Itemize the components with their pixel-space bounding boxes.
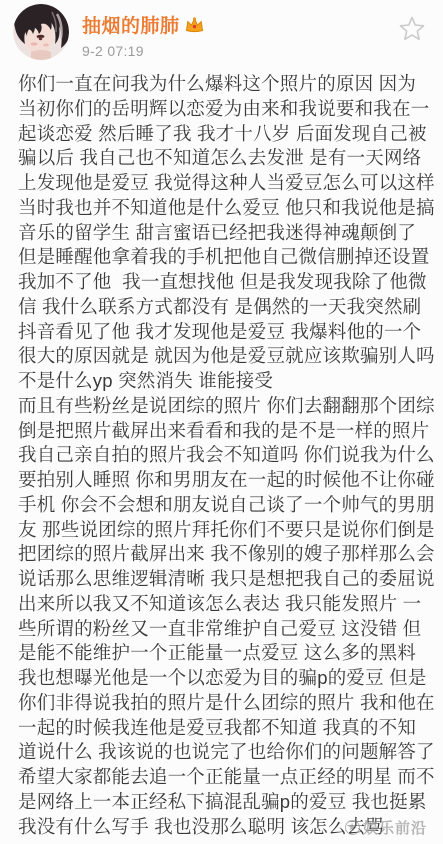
- avatar-image: [13, 4, 69, 60]
- post-line: 骗以后 我自己也不知道怎么去发泄 是有一天网络: [18, 146, 425, 171]
- star-icon: [397, 14, 427, 44]
- username[interactable]: 抽烟的肺肺: [82, 11, 180, 38]
- post-body: 你们一直在问我为什么爆料这个照片的原因 因为当初你们的岳明辉以恋爱为由来和我说要…: [18, 72, 425, 839]
- post-line: 把团综的照片截屏出来 我不像别的嫂子那样那么会: [18, 542, 425, 567]
- post-line: 起谈恋爱 然后睡了我 我才十八岁 后面发现自己被: [18, 122, 425, 147]
- post-header: 抽烟的肺肺 9-2 07:19: [0, 0, 443, 60]
- post-line: 要拍别人睡照 你和男朋友在一起的时候他不让你碰: [18, 468, 425, 493]
- post-line: 不是什么yp 突然消失 谁能接受: [18, 369, 425, 394]
- post-line: 信 我什么联系方式都没有 是偶然的一天我突然刷: [18, 295, 425, 320]
- post-line: 是能不能维护一个正能量一点爱豆 这么多的黑料: [18, 641, 425, 666]
- post-line: 你们一直在问我为什么爆料这个照片的原因 因为: [18, 72, 425, 97]
- post-lines: 你们一直在问我为什么爆料这个照片的原因 因为当初你们的岳明辉以恋爱为由来和我说要…: [18, 72, 425, 839]
- post-line: 我加不了他 我一直想找他 但是我发现我除了他微: [18, 270, 425, 295]
- post-line: 我也想曝光他是一个以恋爱为目的骗p的爱豆 但是: [18, 666, 425, 691]
- post-line: 上发现他是爱豆 我觉得这种人当爱豆怎么可以这样: [18, 171, 425, 196]
- vip-crown-icon: [185, 17, 204, 33]
- post-line: 手机 你会不会想和朋友说自己谈了一个帅气的男朋: [18, 493, 425, 518]
- post-line: 出来所以我又不知道该怎么表达 我只能发照片 一: [18, 592, 425, 617]
- post-line: 希望大家都能去追一个正能量一点正经的明星 而不: [18, 765, 425, 790]
- name-row: 抽烟的肺肺: [82, 11, 204, 38]
- post-line: 当时我也并不知道他是什么爱豆 他只和我说他是搞: [18, 196, 425, 221]
- post-line: 音乐的留学生 甜言蜜语已经把我迷得神魂颠倒了: [18, 221, 425, 246]
- avatar[interactable]: [13, 4, 69, 60]
- post-line: 些所谓的粉丝又一直非常维护自己爱豆 这没错 但: [18, 617, 425, 642]
- post-line: 说话那么思维逻辑清晰 我只是想把我自己的委屈说: [18, 567, 425, 592]
- post-line: 很大的原因就是 就因为他是爱豆就应该欺骗别人吗: [18, 344, 425, 369]
- post-line: 我没有什么写手 我也没那么聪明 该怎么去骂: [18, 815, 425, 840]
- post-line: 但是睡醒他拿着我的手机把他自己微信删掉还设置: [18, 245, 425, 270]
- post-line: 你们非得说我拍的照片是什么团综的照片 我和他在: [18, 691, 425, 716]
- post-line: 是网络上一本正经私下搞混乱骗p的爱豆 我也挺累: [18, 790, 425, 815]
- header-meta: 抽烟的肺肺 9-2 07:19: [82, 4, 204, 59]
- star-button[interactable]: [395, 12, 429, 46]
- post-line: 一起的时候我连他是爱豆我都不知道 我真的不知: [18, 716, 425, 741]
- timestamp: 9-2 07:19: [82, 43, 204, 59]
- post-line: 而且有些粉丝是说团综的照片 你们去翻翻那个团综: [18, 394, 425, 419]
- post-line: 当初你们的岳明辉以恋爱为由来和我说要和我在一: [18, 97, 425, 122]
- post-line: 道说什么 我该说的也说完了也给你们的问题解答了: [18, 740, 425, 765]
- post-line: 我自己亲自拍的照片我会不知道吗 你们说我为什么: [18, 443, 425, 468]
- post-line: 倒是把照片截屏出来看看和我的是不是一样的照片: [18, 419, 425, 444]
- post-line: 友 那些说团综的照片拜托你们不要只是说你们倒是: [18, 518, 425, 543]
- post-page: 抽烟的肺肺 9-2 07:19 你们一直在问我为什么爆料这个照片的原因 因为当初…: [0, 0, 443, 844]
- post-line: 抖音看见了他 我才发现他是爱豆 我爆料他的一个: [18, 320, 425, 345]
